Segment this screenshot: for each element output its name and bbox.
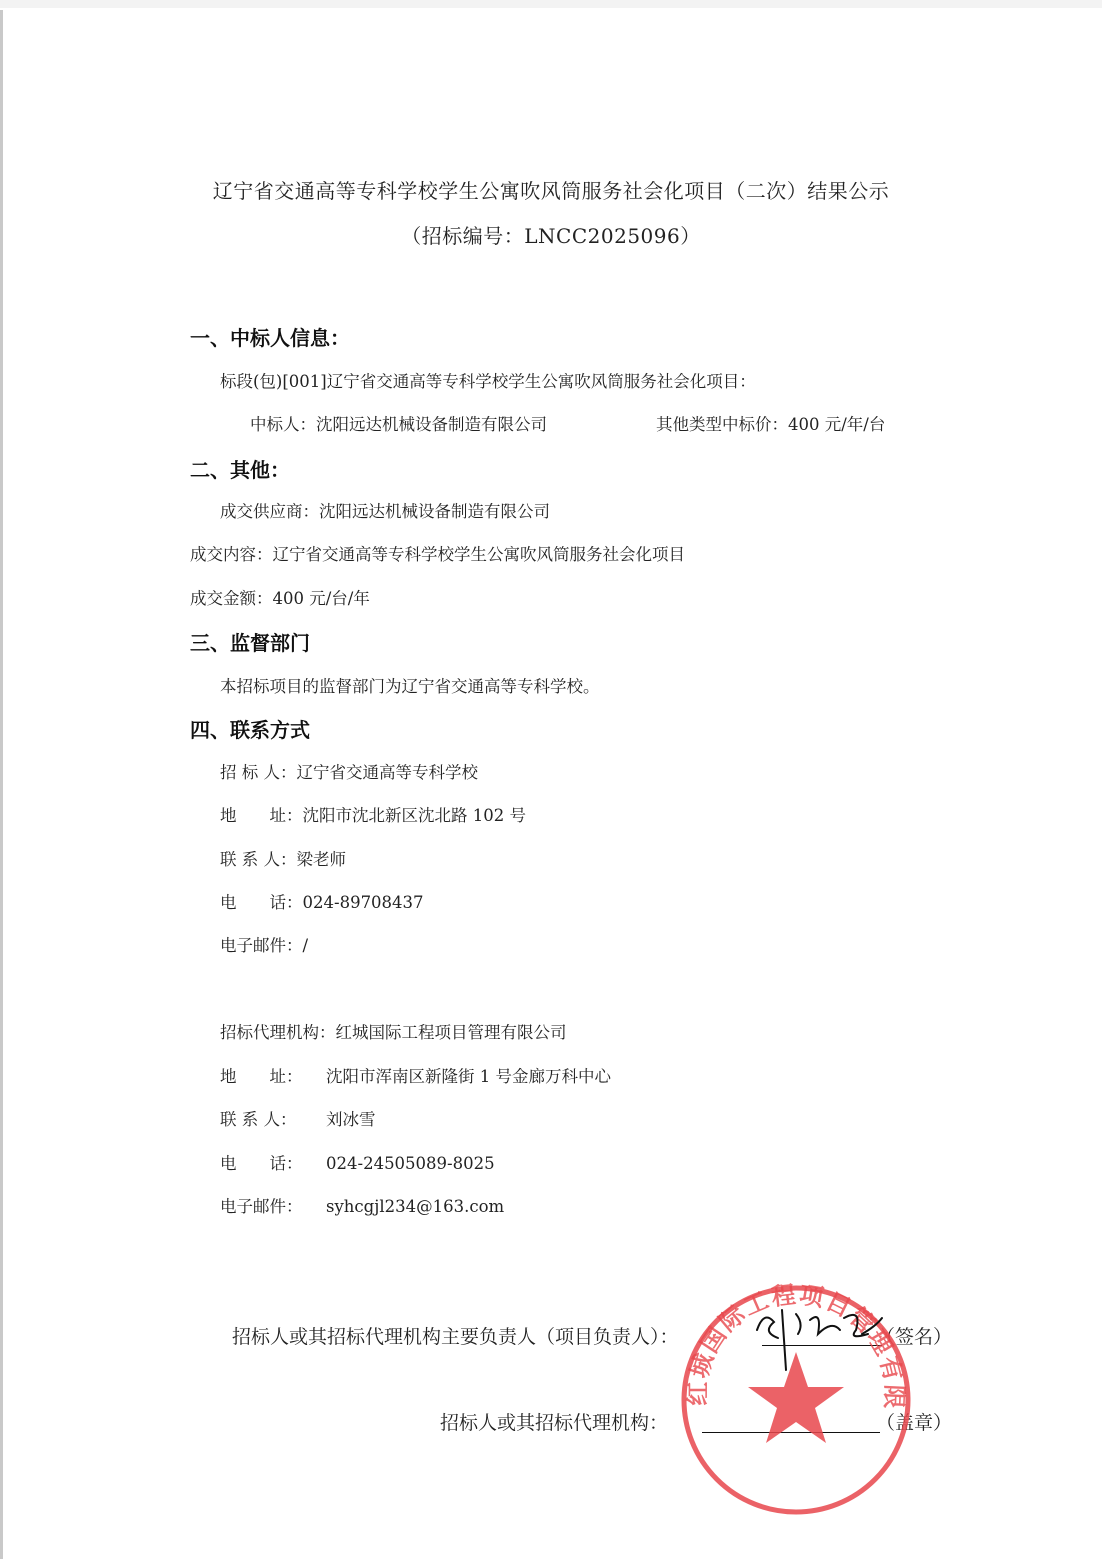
contact-label: 联 系 人： <box>220 1106 326 1130</box>
organization-seal-label: 招标人或其招标代理机构： <box>440 1408 668 1435</box>
contact-label: 地 址： <box>220 1063 326 1087</box>
supervision-text: 本招标项目的监督部门为辽宁省交通高等专科学校。 <box>220 673 600 697</box>
contact-value: 024-24505089-8025 <box>326 1154 495 1173</box>
deal-supplier: 成交供应商：沈阳远达机械设备制造有限公司 <box>220 498 550 522</box>
tender-number: （招标编号：LNCC2025096） <box>0 220 1102 249</box>
contact-row: 招 标 人：辽宁省交通高等专科学校 <box>220 759 478 783</box>
lot-description: 标段(包)[001]辽宁省交通高等专科学校学生公寓吹风筒服务社会化项目： <box>220 368 756 392</box>
contact-row: 电子邮件：/ <box>220 932 308 956</box>
deal-amount: 成交金额：400 元/台/年 <box>190 585 370 609</box>
contact-row: 电 话：024-24505089-8025 <box>220 1150 495 1174</box>
contact-label: 招标代理机构： <box>220 1019 336 1043</box>
contact-label: 电子邮件： <box>220 932 303 956</box>
contact-label: 电子邮件： <box>220 1193 326 1217</box>
section-heading-winner: 一、中标人信息： <box>190 322 350 351</box>
scan-top-edge <box>0 0 1102 8</box>
responsible-signature-label: 招标人或其招标代理机构主要负责人（项目负责人）： <box>232 1322 679 1349</box>
document-title: 辽宁省交通高等专科学校学生公寓吹风筒服务社会化项目（二次）结果公示 <box>0 175 1102 204</box>
contact-label: 招 标 人： <box>220 759 297 783</box>
contact-value: 辽宁省交通高等专科学校 <box>297 763 479 782</box>
contact-row: 联 系 人：刘冰雪 <box>220 1106 376 1130</box>
section-heading-contact: 四、联系方式 <box>190 714 310 743</box>
contact-label: 联 系 人： <box>220 846 297 870</box>
deal-content: 成交内容：辽宁省交通高等专科学校学生公寓吹风筒服务社会化项目 <box>190 541 685 565</box>
contact-label: 电 话： <box>220 1150 326 1174</box>
contact-row: 电 话：024-89708437 <box>220 889 424 913</box>
contact-row: 电子邮件：syhcgjl234@163.com <box>220 1193 504 1217</box>
handwritten-signature <box>752 1300 892 1372</box>
contact-value: 红城国际工程项目管理有限公司 <box>336 1023 567 1042</box>
winner-name: 中标人：沈阳远达机械设备制造有限公司 <box>250 411 547 435</box>
section-heading-other: 二、其他： <box>190 454 290 483</box>
contact-row: 地 址：沈阳市沈北新区沈北路 102 号 <box>220 802 526 826</box>
contact-label: 电 话： <box>220 889 303 913</box>
contact-row: 地 址：沈阳市浑南区新隆街 1 号金廊万科中心 <box>220 1063 611 1087</box>
contact-value: 沈阳市浑南区新隆街 1 号金廊万科中心 <box>326 1067 611 1086</box>
winning-price: 其他类型中标价：400 元/年/台 <box>656 411 885 435</box>
section-heading-supervision: 三、监督部门 <box>190 627 310 656</box>
contact-value: 024-89708437 <box>303 893 424 912</box>
contact-row: 招标代理机构：红城国际工程项目管理有限公司 <box>220 1019 567 1043</box>
contact-value: syhcgjl234@163.com <box>326 1197 504 1216</box>
contact-value: / <box>303 936 309 955</box>
contact-value: 沈阳市沈北新区沈北路 102 号 <box>303 806 526 825</box>
contact-value: 梁老师 <box>297 850 347 869</box>
contact-label: 地 址： <box>220 802 303 826</box>
contact-value: 刘冰雪 <box>326 1110 376 1129</box>
contact-row: 联 系 人：梁老师 <box>220 846 346 870</box>
